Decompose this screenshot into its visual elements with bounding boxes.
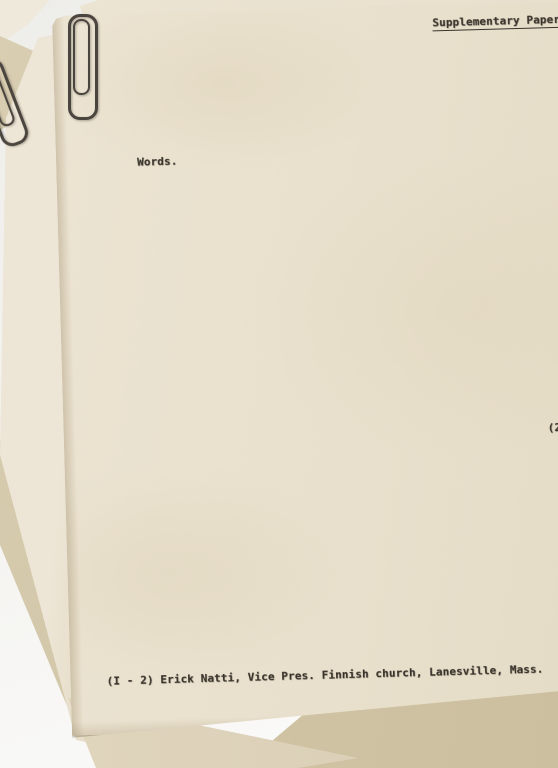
- paragraph: (2): [97, 321, 558, 446]
- paperclip-wire-inner: [73, 19, 90, 95]
- document-page: Supplementary Paper Words. (2): [52, 0, 558, 735]
- words-label: Words.: [137, 157, 178, 168]
- scanned-document-photo: Supplementary Paper Words. (2): [0, 0, 558, 768]
- paperclip: [66, 12, 100, 124]
- paragraph-lines: [93, 168, 558, 341]
- body-text: (2): [93, 168, 558, 681]
- paragraph: [100, 440, 558, 681]
- paragraph: [93, 168, 558, 341]
- paragraph-lines: [100, 440, 558, 681]
